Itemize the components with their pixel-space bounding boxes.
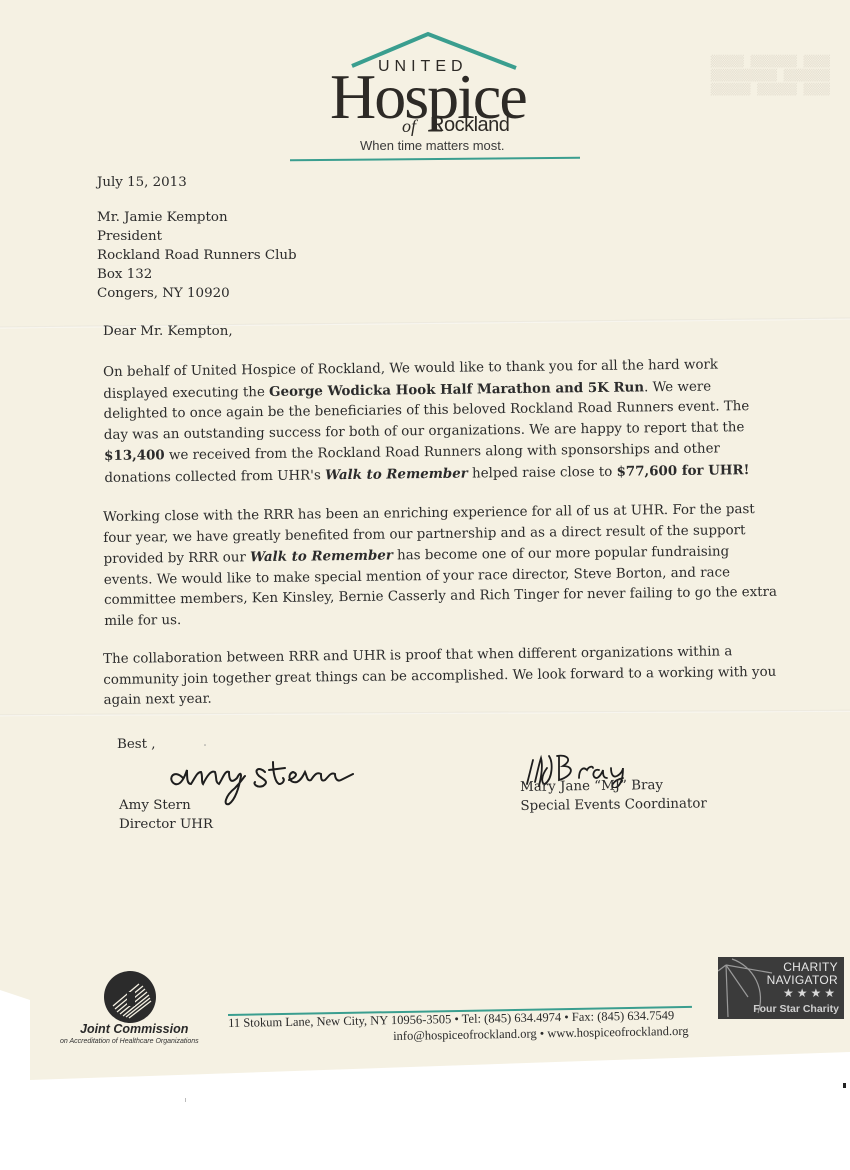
scan-specks <box>0 0 850 1170</box>
